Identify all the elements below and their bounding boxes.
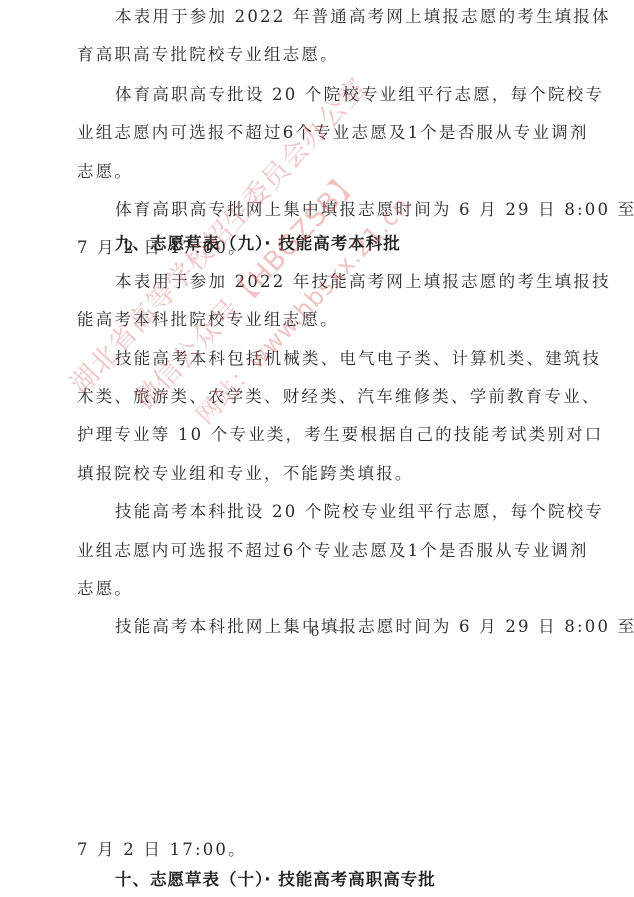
- paragraph-line: 护理专业等 10 个专业类，考生要根据自己的技能考试类别对口: [77, 424, 597, 446]
- paragraph-line: 本表用于参加 2022 年普通高考网上填报志愿的考生填报体: [115, 6, 634, 28]
- paragraph-line: 能高考本科批院校专业组志愿。: [77, 309, 597, 331]
- paragraph-line: 体育高职高专批网上集中填报志愿时间为 6 月 29 日 8:00 至: [115, 199, 634, 221]
- paragraph-line: 志愿。: [77, 161, 597, 183]
- paragraph-line: 育高职高专批院校专业组志愿。: [77, 44, 597, 66]
- paragraph-line: 体育高职高专批设 20 个院校专业组平行志愿，每个院校专: [115, 84, 634, 106]
- page-number: － 6 －: [0, 621, 634, 641]
- paragraph-line: 志愿。: [77, 578, 597, 600]
- paragraph-line: 业组志愿内可选报不超过6个专业志愿及1个是否服从专业调剂: [77, 540, 597, 562]
- paragraph-line: 本表用于参加 2022 年技能高考网上填报志愿的考生填报技: [115, 271, 634, 293]
- section-heading-ten: 十、志愿草表（十）· 技能高考高职高专批: [115, 869, 634, 891]
- section-heading-nine: 九、志愿草表（九）· 技能高考本科批: [115, 233, 634, 255]
- paragraph-line: 业组志愿内可选报不超过6个专业志愿及1个是否服从专业调剂: [77, 122, 597, 144]
- paragraph-line: 7 月 2 日 17:00。: [77, 839, 597, 861]
- paragraph-line: 技能高考本科包括机械类、电气电子类、计算机类、建筑技: [115, 348, 634, 370]
- paragraph-line: 技能高考本科批设 20 个院校专业组平行志愿，每个院校专: [115, 501, 634, 523]
- paragraph-line: 术类、旅游类、农学类、财经类、汽车维修类、学前教育专业、: [77, 386, 597, 408]
- document-page: 本表用于参加 2022 年普通高考网上填报志愿的考生填报体 育高职高专批院校专业…: [0, 0, 634, 897]
- paragraph-line: 填报院校专业组和专业，不能跨类填报。: [77, 463, 597, 485]
